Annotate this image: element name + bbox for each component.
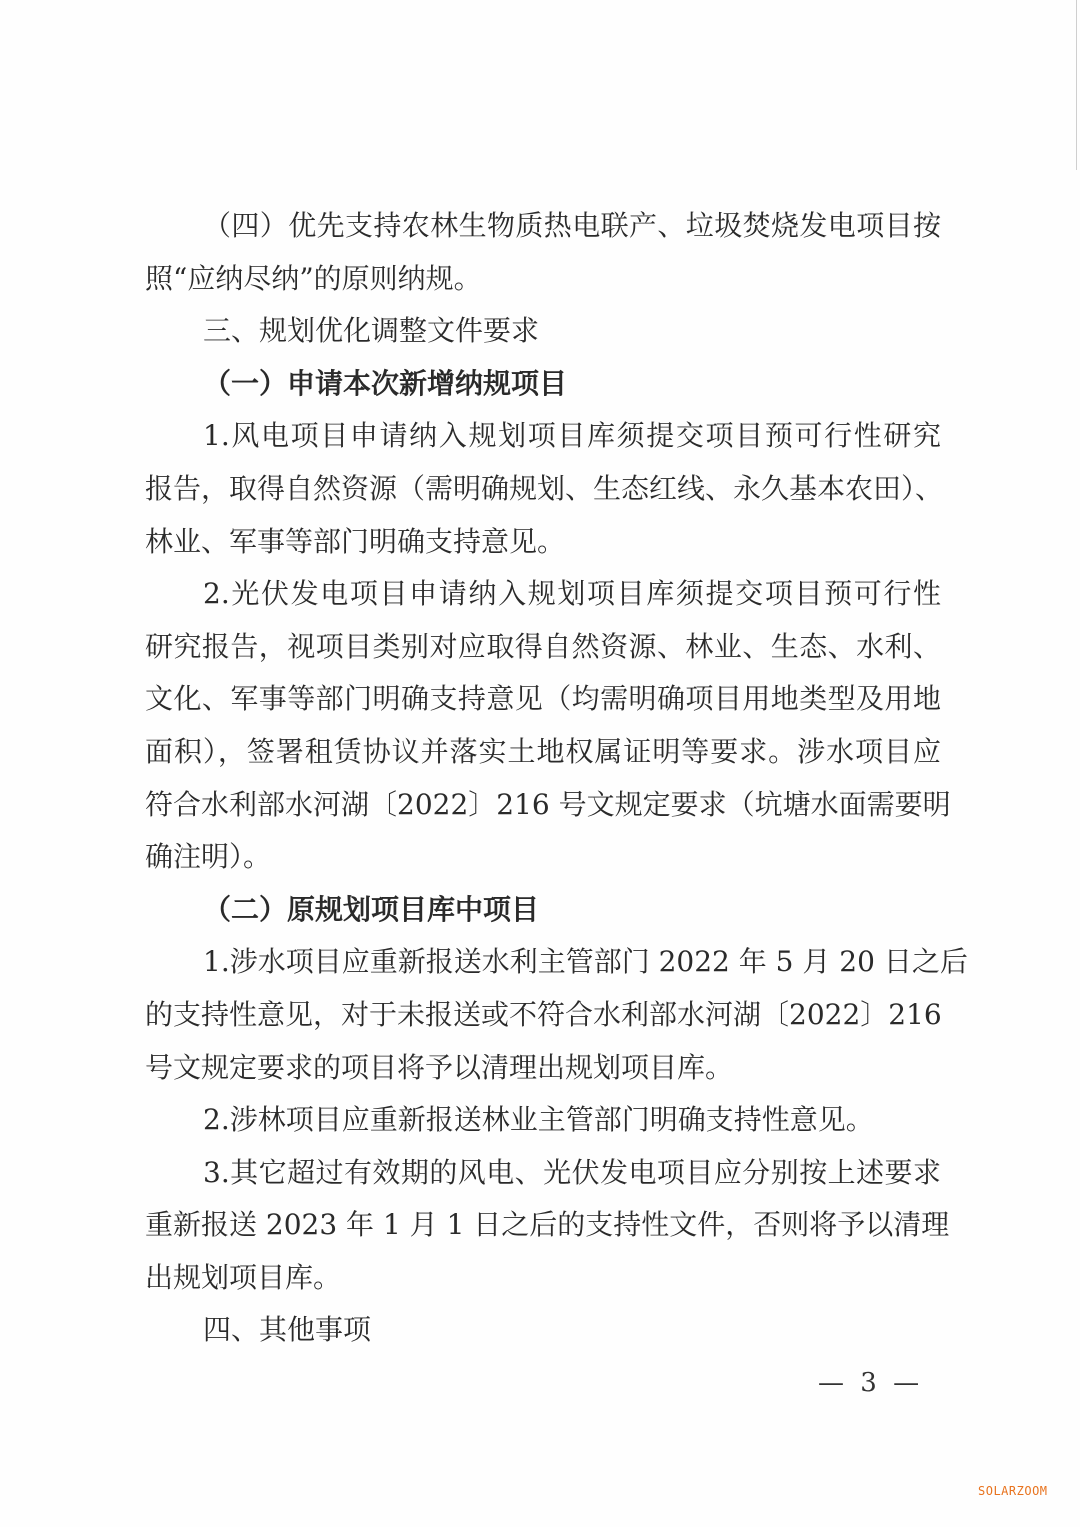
paragraph-wind-requirements: 1.风电项目申请纳入规划项目库须提交项目预可行性研究 报告，取得自然资源（需明确… <box>145 410 941 568</box>
text-line: 研究报告，视项目类别对应取得自然资源、林业、生态、水利、 <box>145 621 941 674</box>
text-line: 出规划项目库。 <box>145 1252 941 1305</box>
section-heading-3: 三、规划优化调整文件要求 <box>145 305 941 358</box>
text-line: 号文规定要求的项目将予以清理出规划项目库。 <box>145 1042 941 1095</box>
text-line: 重新报送 2023 年 1 月 1 日之后的支持性文件，否则将予以清理 <box>145 1199 941 1252</box>
page-number: — 3 — <box>818 1368 923 1398</box>
text-line: 符合水利部水河湖〔2022〕216 号文规定要求（坑塘水面需要明 <box>145 779 941 832</box>
paragraph-pv-requirements: 2.光伏发电项目申请纳入规划项目库须提交项目预可行性 研究报告，视项目类别对应取… <box>145 568 941 884</box>
watermark-logo: SOLARZOOM <box>978 1484 1048 1498</box>
text-line: 照“应纳尽纳”的原则纳规。 <box>145 253 941 306</box>
section-heading-4: 四、其他事项 <box>145 1304 941 1357</box>
paragraph-water-projects: 1.涉水项目应重新报送水利主管部门 2022 年 5 月 20 日之后 的支持性… <box>145 936 941 1094</box>
text-line: 报告，取得自然资源（需明确规划、生态红线、永久基本农田）、 <box>145 463 941 516</box>
subsection-heading-3-1: （一）申请本次新增纳规项目 <box>145 358 941 411</box>
paragraph-item-4: （四）优先支持农林生物质热电联产、垃圾焚烧发电项目按 照“应纳尽纳”的原则纳规。 <box>145 200 941 305</box>
text-line: 1.涉水项目应重新报送水利主管部门 2022 年 5 月 20 日之后 <box>145 936 941 989</box>
subsection-heading-3-2: （二）原规划项目库中项目 <box>145 884 941 937</box>
text-line: 林业、军事等部门明确支持意见。 <box>145 516 941 569</box>
text-line: 3.其它超过有效期的风电、光伏发电项目应分别按上述要求 <box>145 1147 941 1200</box>
text-line: 确注明）。 <box>145 831 941 884</box>
text-line: （四）优先支持农林生物质热电联产、垃圾焚烧发电项目按 <box>145 200 941 253</box>
paragraph-forest-projects: 2.涉林项目应重新报送林业主管部门明确支持性意见。 <box>145 1094 941 1147</box>
text-line: 1.风电项目申请纳入规划项目库须提交项目预可行性研究 <box>145 410 941 463</box>
page-edge <box>1076 0 1077 170</box>
document-body: （四）优先支持农林生物质热电联产、垃圾焚烧发电项目按 照“应纳尽纳”的原则纳规。… <box>145 200 941 1357</box>
text-line: 2.光伏发电项目申请纳入规划项目库须提交项目预可行性 <box>145 568 941 621</box>
text-line: 文化、军事等部门明确支持意见（均需明确项目用地类型及用地 <box>145 673 941 726</box>
text-line: 2.涉林项目应重新报送林业主管部门明确支持性意见。 <box>145 1094 941 1147</box>
text-line: 的支持性意见，对于未报送或不符合水利部水河湖〔2022〕216 <box>145 989 941 1042</box>
text-line: 面积），签署租赁协议并落实土地权属证明等要求。涉水项目应 <box>145 726 941 779</box>
paragraph-expired-projects: 3.其它超过有效期的风电、光伏发电项目应分别按上述要求 重新报送 2023 年 … <box>145 1147 941 1305</box>
